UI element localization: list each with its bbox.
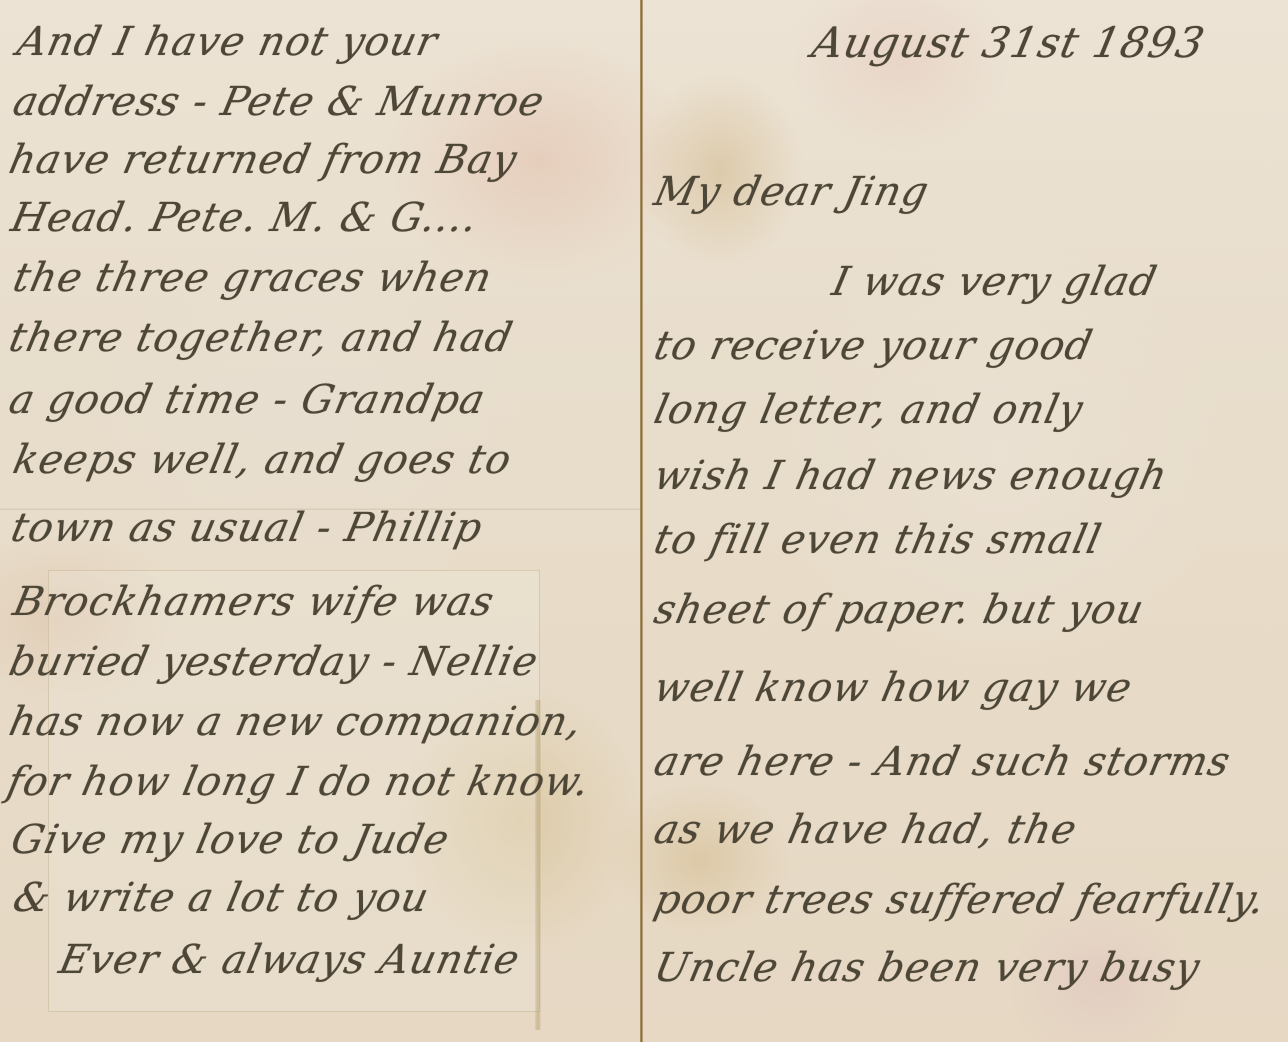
right-line-3: long letter, and only: [651, 390, 1087, 430]
left-line-15: & write a lot to you: [10, 878, 433, 918]
right-line-1: I was very glad: [829, 262, 1161, 302]
salutation: My dear Jing: [651, 172, 933, 212]
right-line-2: to receive your good: [651, 326, 1097, 366]
right-line-7: well know how gay we: [651, 668, 1136, 708]
left-line-10: Brockhamers wife was: [10, 582, 498, 622]
right-line-10: poor trees suffered fearfully.: [651, 880, 1269, 920]
left-line-14: Give my love to Jude: [8, 820, 453, 860]
left-page: And I have not your address - Pete & Mun…: [0, 0, 640, 1042]
right-line-8: are here - And such storms: [651, 742, 1234, 782]
left-line-13: for how long I do not know.: [4, 762, 594, 802]
left-line-1: And I have not your: [14, 22, 442, 62]
left-line-5: the three graces when: [10, 258, 496, 298]
right-line-5: to fill even this small: [651, 520, 1105, 560]
right-line-9: as we have had, the: [651, 810, 1081, 850]
right-line-6: sheet of paper. but you: [651, 590, 1148, 630]
right-line-4: wish I had news enough: [651, 456, 1172, 496]
left-line-6: there together, and had: [6, 318, 517, 358]
left-line-signature: Ever & always Auntie: [56, 940, 524, 980]
left-line-4: Head. Pete. M. & G....: [8, 198, 482, 238]
left-line-7: a good time - Grandpa: [6, 380, 489, 420]
right-line-11: Uncle has been very busy: [651, 948, 1204, 988]
left-line-3: have returned from Bay: [6, 140, 521, 180]
left-line-11: buried yesterday - Nellie: [6, 642, 542, 682]
left-line-9: town as usual - Phillip: [8, 508, 487, 548]
left-line-2: address - Pete & Munroe: [10, 82, 548, 122]
letter-date: August 31st 1893: [809, 22, 1209, 64]
left-line-8: keeps well, and goes to: [10, 440, 516, 480]
letter-scan: And I have not your address - Pete & Mun…: [0, 0, 1288, 1042]
right-page: August 31st 1893 My dear Jing I was very…: [643, 0, 1288, 1042]
left-line-12: has now a new companion,: [6, 702, 586, 742]
